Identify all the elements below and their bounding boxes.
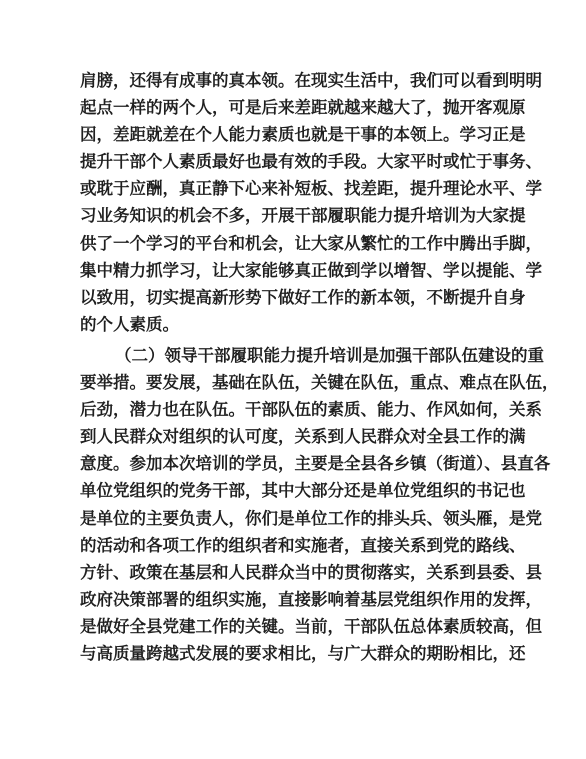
text-line: 是做好全县党建工作的关键。当前，干部队伍总体素质较高，但 [80, 613, 511, 640]
text-line: 是单位的主要负责人，你们是单位工作的排头兵、领头雁，是党 [80, 505, 511, 532]
text-line: 习业务知识的机会不多，开展干部履职能力提升培训为大家提 [80, 202, 511, 229]
text-line: 意度。参加本次培训的学员，主要是全县各乡镇（街道）、县直各 [80, 450, 511, 477]
text-line: 与高质量跨越式发展的要求相比，与广大群众的期盼相比，还 [80, 640, 511, 667]
paragraph-2: （二）领导干部履职能力提升培训是加强干部队伍建设的重 要举措。要发展，基础在队伍… [80, 342, 511, 667]
text-line: 以致用，切实提高新形势下做好工作的新本领，不断提升自身 [80, 284, 511, 311]
text-line: 因，差距就差在个人能力素质也就是干事的本领上。学习正是 [80, 121, 511, 148]
text-line: 方针、政策在基层和人民群众当中的贯彻落实，关系到县委、县 [80, 559, 511, 586]
document-body: 肩膀，还得有成事的真本领。在现实生活中，我们可以看到明明 起点一样的两个人，可是… [80, 67, 511, 667]
text-line: 肩膀，还得有成事的真本领。在现实生活中，我们可以看到明明 [80, 67, 511, 94]
text-line: 政府决策部署的组织实施，直接影响着基层党组织作用的发挥， [80, 586, 511, 613]
paragraph-1: 肩膀，还得有成事的真本领。在现实生活中，我们可以看到明明 起点一样的两个人，可是… [80, 67, 511, 338]
text-line: （二）领导干部履职能力提升培训是加强干部队伍建设的重 [80, 342, 511, 369]
text-line: 单位党组织的党务干部，其中大部分还是单位党组织的书记也 [80, 477, 511, 504]
text-line: 的个人素质。 [80, 311, 511, 338]
text-line: 供了一个学习的平台和机会，让大家从繁忙的工作中腾出手脚， [80, 230, 511, 257]
text-line: 的活动和各项工作的组织者和实施者，直接关系到党的路线、 [80, 532, 511, 559]
text-line: 要举措。要发展，基础在队伍，关键在队伍，重点、难点在队伍， [80, 369, 511, 396]
text-line: 集中精力抓学习，让大家能够真正做到学以增智、学以提能、学 [80, 257, 511, 284]
text-line: 起点一样的两个人，可是后来差距就越来越大了，抛开客观原 [80, 94, 511, 121]
document-page: 肩膀，还得有成事的真本领。在现实生活中，我们可以看到明明 起点一样的两个人，可是… [0, 0, 586, 759]
text-line: 到人民群众对组织的认可度，关系到人民群众对全县工作的满 [80, 423, 511, 450]
text-line: 提升干部个人素质最好也最有效的手段。大家平时或忙于事务、 [80, 148, 511, 175]
text-line: 或耽于应酬，真正静下心来补短板、找差距，提升理论水平、学 [80, 175, 511, 202]
text-line: 后劲，潜力也在队伍。干部队伍的素质、能力、作风如何，关系 [80, 396, 511, 423]
